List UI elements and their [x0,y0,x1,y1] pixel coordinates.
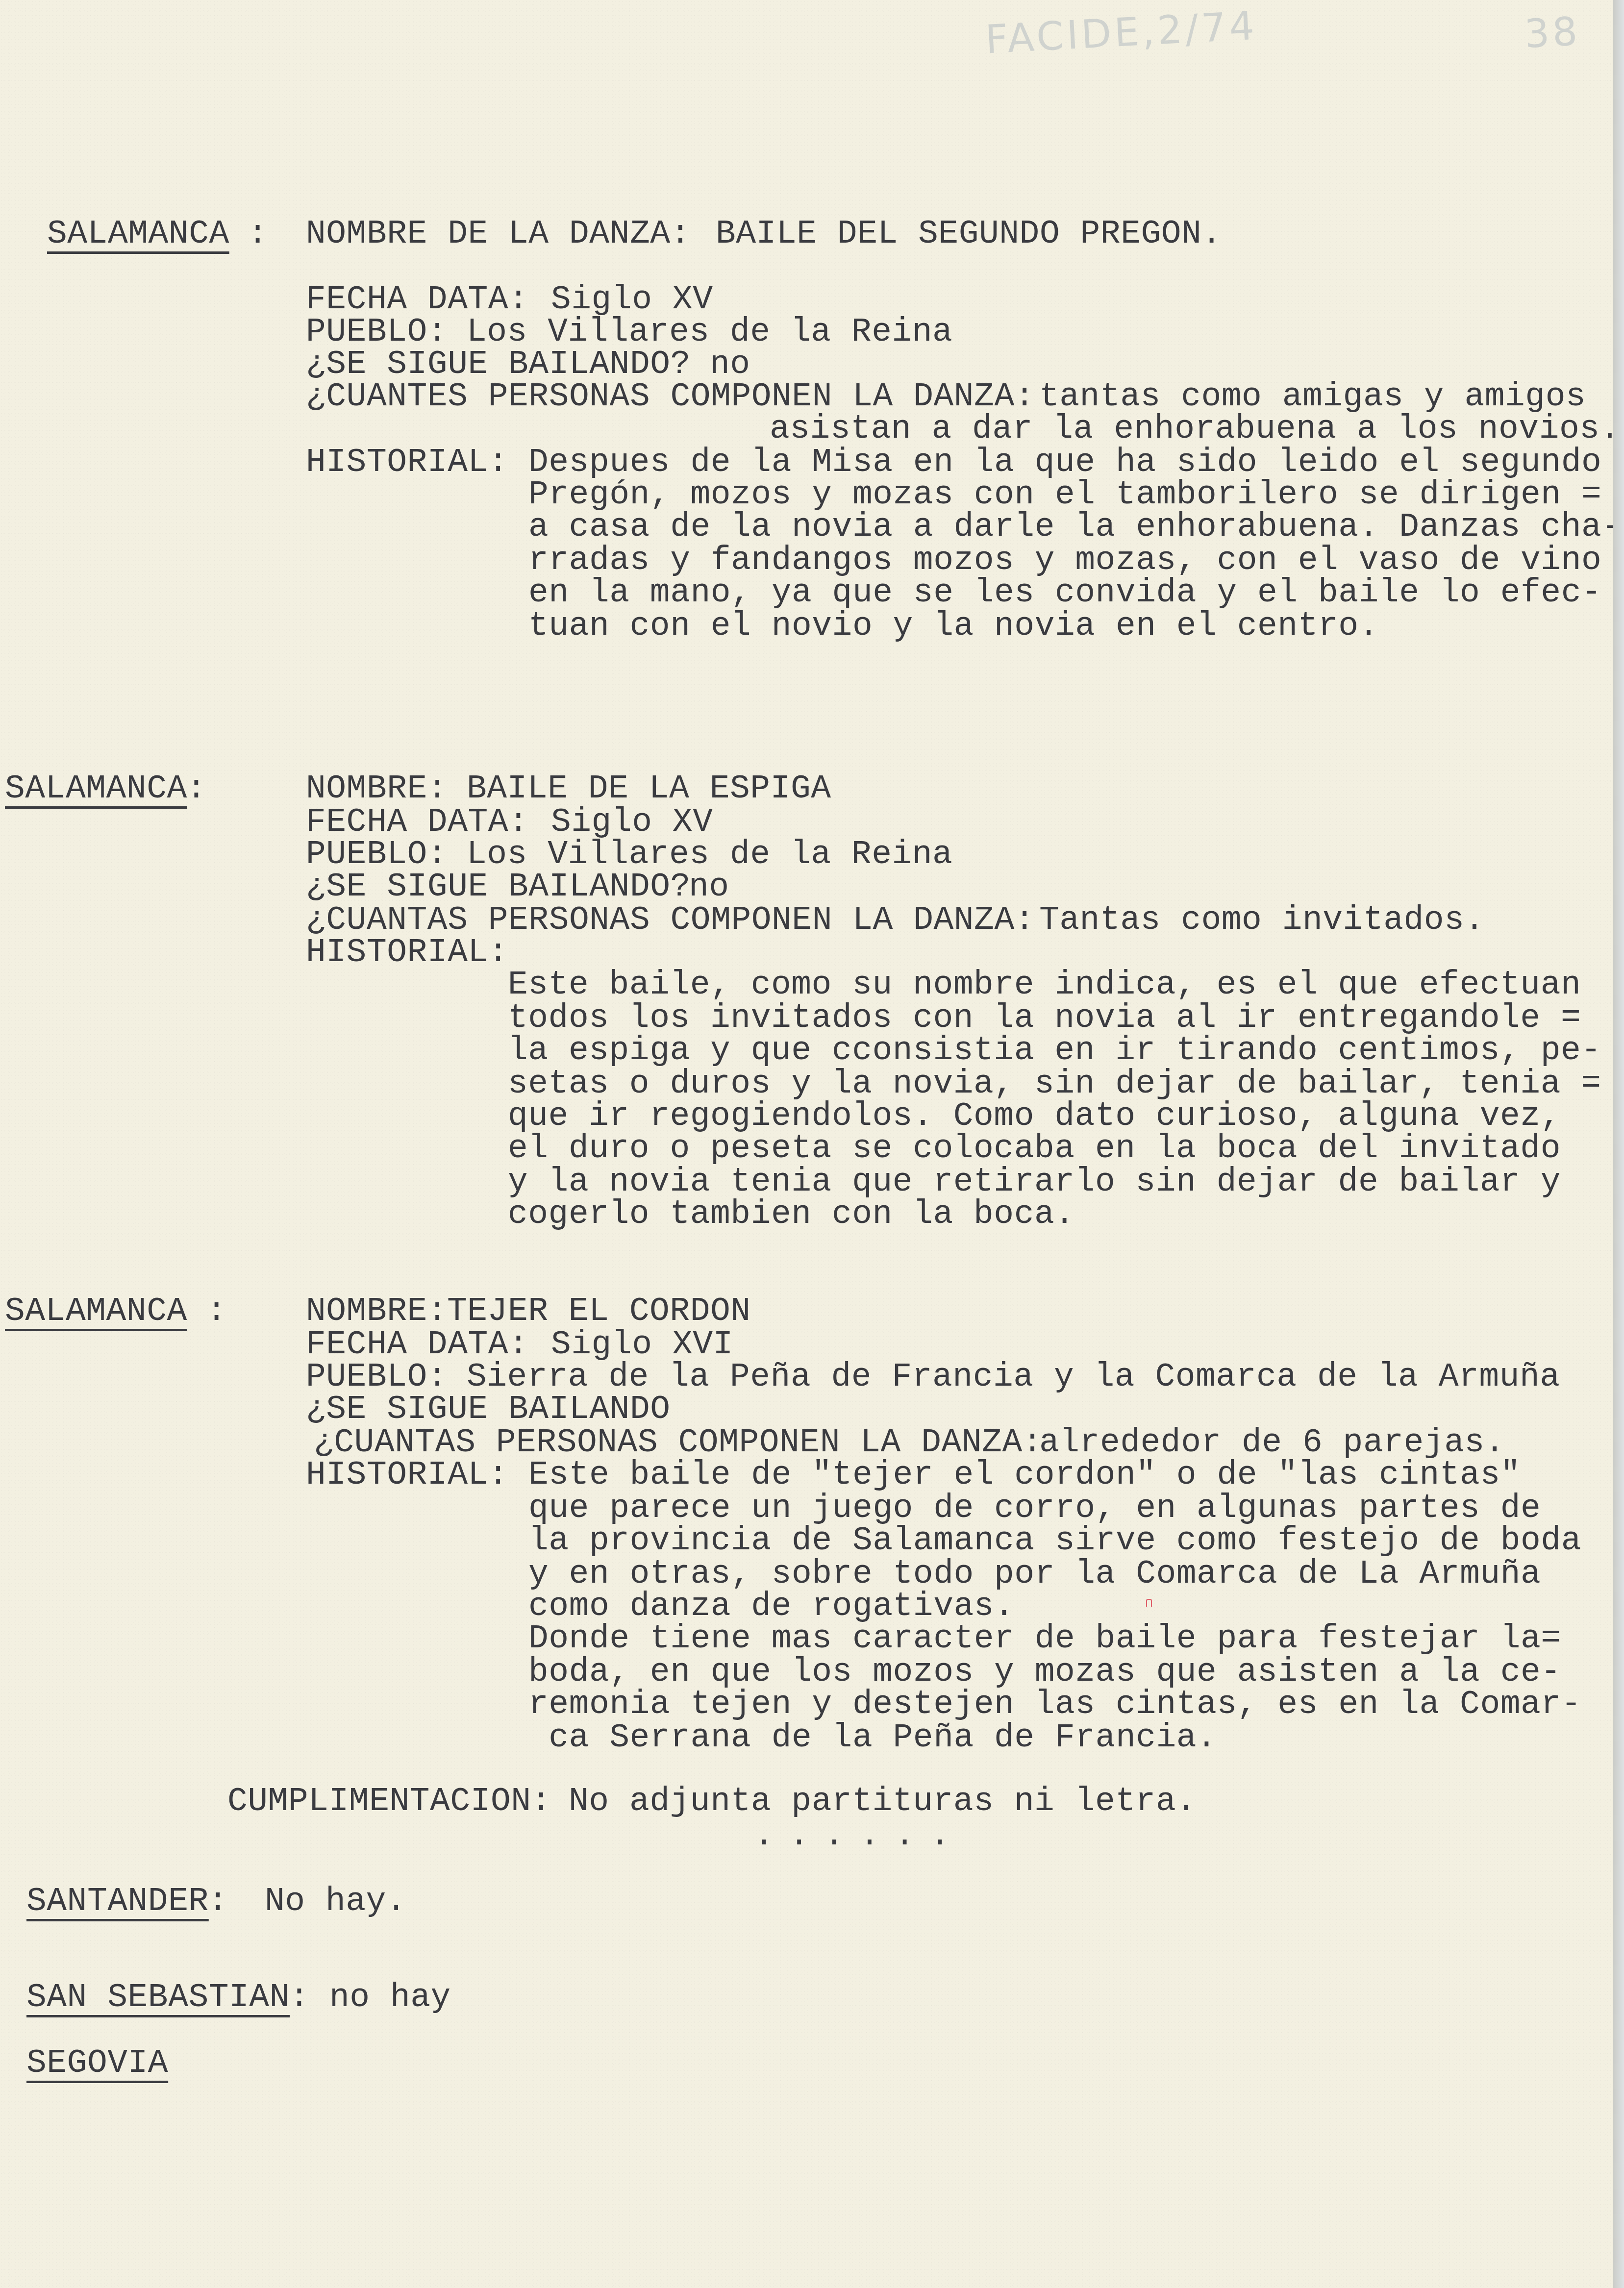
scan-background-edge [1613,0,1624,2288]
province-colon: : [186,772,206,806]
historial-line: Este baile de "tejer el cordon" o de "la… [528,1459,1521,1492]
historial-line: ca Serrana de la Peña de Francia. [528,1721,1217,1755]
province-heading: SAN SEBASTIAN [26,1981,290,2014]
pencil-archive-reference: FACIDE,2/74 [984,3,1258,63]
pencil-page-number: 38 [1524,8,1582,57]
nombre-value: BAILE DEL SEGUNDO PREGON. [716,218,1222,251]
historial-line: Pregón, mozos y mozas con el tamborilero… [528,478,1601,512]
historial-line: que parece un juego de corro, en algunas… [528,1492,1541,1525]
province-colon: : [289,1981,309,2014]
fecha-value: Siglo XV [551,806,713,839]
historial-label: HISTORIAL: [306,446,508,479]
province-value: no hay [329,1981,451,2014]
sigue-label: ¿SE SIGUE BAILANDO? [306,348,691,381]
sigue-label: ¿SE SIGUE BAILANDO [306,1393,671,1426]
historial-line: boda, en que los mozos y mozas que asist… [528,1656,1561,1689]
province-colon: : [186,1295,227,1328]
personas-value-line-1: tantas como amigas y amigos [1039,380,1586,414]
historial-line: a casa de la novia a darle la enhorabuen… [528,511,1622,544]
section-separator-dots: ...... [754,1819,965,1853]
cumplimentacion-label: CUMPLIMENTACION: [227,1785,551,1818]
historial-line: Este baile, como su nombre indica, es el… [508,969,1581,1002]
province-heading: SANTANDER [26,1885,209,1918]
nombre-label: NOMBRE DE LA DANZA: [306,218,691,251]
province-heading: SEGOVIA [26,2047,168,2080]
historial-line: la espiga y que cconsistia en ir tirando… [508,1034,1601,1068]
historial-line: Despues de la Misa en la que ha sido lei… [528,446,1601,479]
province-heading: SALAMANCA [5,1295,187,1328]
historial-line: la provincia de Salamanca sirve como fes… [528,1524,1581,1558]
fecha-label: FECHA DATA: [306,283,528,317]
sigue-value: no [710,348,750,381]
pueblo-label: PUEBLO: [306,316,448,349]
fecha-value: Siglo XVI [551,1328,733,1362]
cumplimentacion-value: No adjunta partituras ni letra. [569,1785,1197,1818]
province-value: No hay. [265,1885,406,1918]
historial-line: que ir regogiendolos. Como dato curioso,… [508,1100,1561,1133]
nombre-label: NOMBRE: [306,1295,448,1328]
fecha-label: FECHA DATA: [306,1328,528,1362]
personas-value: alrededor de 6 parejas. [1039,1426,1505,1460]
personas-label: ¿CUANTAS PERSONAS COMPONEN LA DANZA: [306,904,1035,937]
historial-line: en la mano, ya que se les convida y el b… [528,576,1601,610]
province-heading: SALAMANCA [5,772,187,806]
province-heading: SALAMANCA [47,218,229,251]
personas-label: ¿CUANTES PERSONAS COMPONEN LA DANZA: [306,380,1035,414]
historial-line: setas o duros y la novia, sin dejar de b… [508,1068,1601,1101]
pueblo-label: PUEBLO: [306,1361,448,1394]
historial-line: el duro o peseta se colocaba en la boca … [508,1132,1561,1166]
historial-line: rradas y fandangos mozos y mozas, con el… [528,544,1601,577]
pueblo-value: Los Villares de la Reina [467,838,952,871]
province-colon: : [227,218,268,251]
historial-line: remonia tejen y destejen las cintas, es … [528,1688,1581,1721]
sigue-label: ¿SE SIGUE BAILANDO? [306,870,691,904]
fecha-value: Siglo XV [551,283,713,317]
historial-label: HISTORIAL: [306,936,508,970]
nombre-value: TEJER EL CORDON [447,1295,751,1328]
pueblo-value: Sierra de la Peña de Francia y la Comarc… [467,1361,1560,1394]
historial-label: HISTORIAL: [306,1459,508,1492]
province-colon: : [208,1885,228,1918]
historial-line: y la novia tenia que retirarlo sin dejar… [508,1166,1561,1199]
historial-line: y en otras, sobre todo por la Comarca de… [528,1558,1541,1591]
nombre-label: NOMBRE: [306,772,448,806]
personas-value: Tantas como invitados. [1039,904,1485,937]
personas-label: ¿CUANTAS PERSONAS COMPONEN LA DANZA: [314,1426,1043,1460]
historial-line: como danza de rogativas. [528,1590,1014,1623]
personas-value-line-2: asistan a dar la enhorabuena a los novio… [770,413,1620,446]
historial-line: cogerlo tambien con la boca. [508,1198,1075,1231]
pueblo-value: Los Villares de la Reina [467,316,952,349]
historial-line: tuan con el novio y la novia en el centr… [528,610,1379,643]
historial-line: Donde tiene mas caracter de baile para f… [528,1622,1561,1656]
nombre-value: BAILE DE LA ESPIGA [467,772,831,806]
pueblo-label: PUEBLO: [306,838,448,871]
historial-line: todos los invitados con la novia al ir e… [508,1002,1581,1035]
document-page: FACIDE,2/74 38 SALAMANCA : NOMBRE DE LA … [0,0,1613,2288]
sigue-value: no [689,870,729,904]
fecha-label: FECHA DATA: [306,806,528,839]
red-correction-mark [1146,1599,1152,1607]
